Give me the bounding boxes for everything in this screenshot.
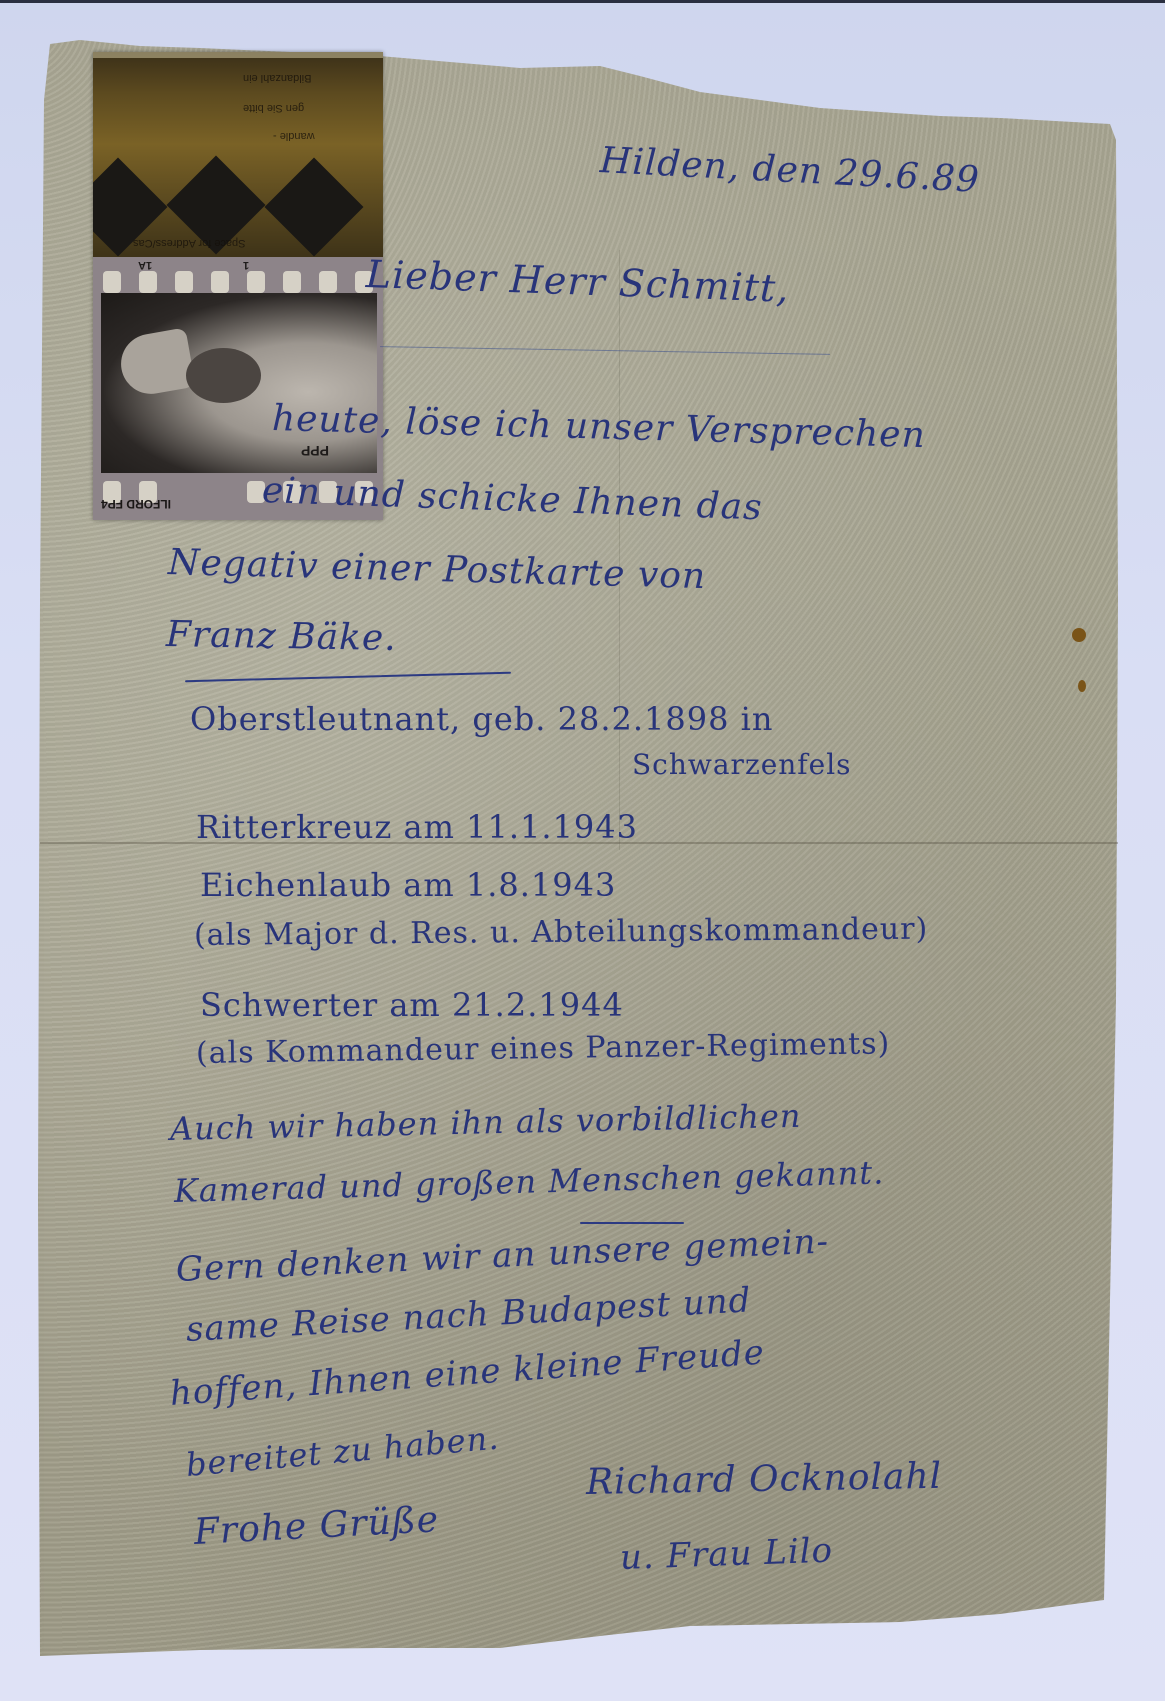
- rust-spot: [1078, 680, 1086, 692]
- wrapper-diamond: [265, 158, 364, 257]
- underline-great: [580, 1222, 684, 1224]
- sprocket-hole: [319, 271, 337, 293]
- frame-label: 1A: [138, 259, 152, 271]
- bio-line: Schwarzenfels: [632, 748, 852, 781]
- sprocket-hole: [247, 271, 265, 293]
- edge-code: PPP: [301, 443, 329, 459]
- negative-frame-portrait: PPP: [101, 293, 377, 473]
- bio-line: Ritterkreuz am 11.1.1943: [196, 808, 638, 846]
- cosigner: u. Frau Lilo: [619, 1531, 833, 1578]
- portrait-cap: [116, 327, 195, 398]
- sprocket-hole: [211, 271, 229, 293]
- rust-spot: [1072, 628, 1086, 642]
- film-wrapper-envelope: Bildanzahl ein gen Sie bitte wandle - Sp…: [93, 52, 383, 257]
- signature: Richard Ocknolahl: [586, 1456, 943, 1503]
- sprocket-hole: [103, 271, 121, 293]
- sprocket-hole: [139, 271, 157, 293]
- sprocket-hole: [175, 271, 193, 293]
- bio-line: (als Major d. Res. u. Abteilungskommande…: [194, 912, 928, 953]
- film-negative: Bildanzahl ein gen Sie bitte wandle - Sp…: [93, 52, 383, 520]
- body-line-name: Franz Bäke.: [166, 614, 397, 659]
- wrapper-text: gen Sie bitte: [243, 102, 304, 114]
- film-brand: ILFORD FP4: [101, 497, 171, 511]
- bio-line: Eichenlaub am 1.8.1943: [200, 866, 616, 904]
- tape: [93, 52, 383, 58]
- fold-crease-vertical: [619, 250, 620, 850]
- bio-line: Oberstleutnant, geb. 28.2.1898 in: [190, 700, 774, 738]
- wrapper-text: Space for Address/Cas: [133, 237, 246, 249]
- frame-label: 1: [243, 259, 249, 271]
- portrait-face: [186, 348, 261, 403]
- wrapper-text: wandle -: [273, 130, 315, 142]
- bio-line: Schwerter am 21.2.1944: [200, 986, 624, 1024]
- sprocket-hole: [283, 271, 301, 293]
- top-border: [0, 0, 1165, 3]
- wrapper-text: Bildanzahl ein: [243, 72, 312, 84]
